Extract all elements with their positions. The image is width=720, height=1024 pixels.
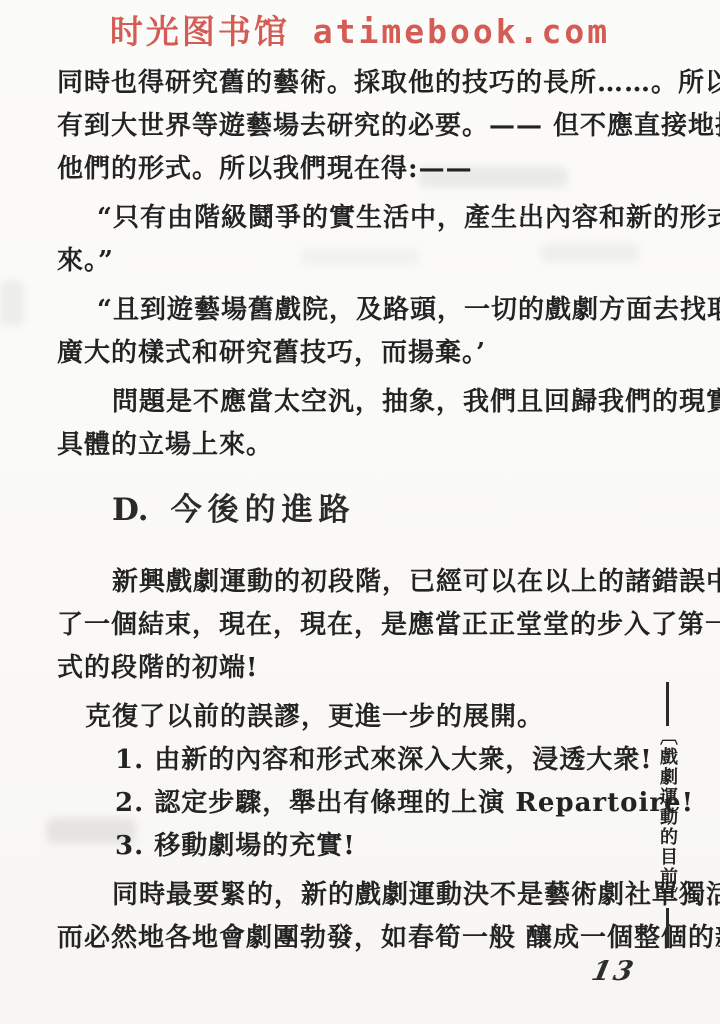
section-heading: D.今後的進路 bbox=[57, 487, 667, 533]
page-number: 13 bbox=[589, 956, 639, 987]
paragraph-line: 克復了以前的誤謬，更進一步的展開。 bbox=[57, 696, 667, 739]
quote-line: 廣大的樣式和研究舊技巧，而揚棄。’ bbox=[57, 332, 667, 375]
library-watermark: 时光图书馆 atimebook.com bbox=[0, 6, 720, 53]
running-title-text: 〔戲劇運動的目前〕 bbox=[654, 727, 680, 907]
list-item: 1. 由新的內容和形式來深入大衆，浸透大衆! bbox=[57, 739, 667, 782]
paragraph-line: 同時最要緊的，新的戲劇運動決不是藝術劇社單獨活躍； bbox=[57, 874, 667, 917]
sidebar-rule-top bbox=[666, 682, 669, 726]
sidebar-rule-bottom bbox=[666, 908, 669, 948]
paragraph-line: 他們的形式。所以我們現在得:—— bbox=[57, 148, 667, 191]
quote-line: “且到遊藝場舊戲院，及路頭，一切的戲劇方面去找取更 bbox=[57, 289, 667, 332]
paragraph-line: 問題是不應當太空汎，抽象，我們且回歸我們的現實的。 bbox=[57, 381, 667, 424]
quote-line: 來。” bbox=[57, 240, 667, 283]
list-item: 3. 移動劇場的充實! bbox=[57, 825, 667, 868]
paragraph-line: 新興戲劇運動的初段階，已經可以在以上的諸錯誤中告 bbox=[57, 561, 667, 604]
paragraph-line: 有到大世界等遊藝場去研究的必要。—— 但不應直接地採用 bbox=[57, 105, 667, 148]
quote-line: “只有由階級鬪爭的實生活中，產生出內容和新的形式 bbox=[57, 197, 667, 240]
section-heading-title: 今後的進路 bbox=[171, 492, 356, 528]
paragraph-line: 同時也得研究舊的藝術。採取他的技巧的長所……。所以我們 bbox=[57, 62, 667, 105]
list-item: 2. 認定步驟，舉出有條理的上演 Repartoire! bbox=[57, 782, 667, 825]
paragraph-line: 了一個結束，現在，現在，是應當正正堂堂的步入了第一個正 bbox=[57, 604, 667, 647]
scan-artifact bbox=[0, 280, 24, 326]
body-text: 同時也得研究舊的藝術。採取他的技巧的長所……。所以我們 有到大世界等遊藝場去研究… bbox=[57, 62, 667, 960]
scanned-book-page: 时光图书馆 atimebook.com 同時也得研究舊的藝術。採取他的技巧的長所… bbox=[0, 0, 720, 1024]
paragraph-line: 式的段階的初端! bbox=[57, 647, 667, 690]
margin-running-title: 〔戲劇運動的目前〕 bbox=[652, 682, 682, 948]
paragraph-line: 具體的立場上來。 bbox=[57, 424, 667, 467]
section-heading-label: D. bbox=[112, 492, 149, 528]
paragraph-line: 而必然地各地會劇團勃發，如春筍一般 釀成一個整個的新興 bbox=[57, 917, 667, 960]
